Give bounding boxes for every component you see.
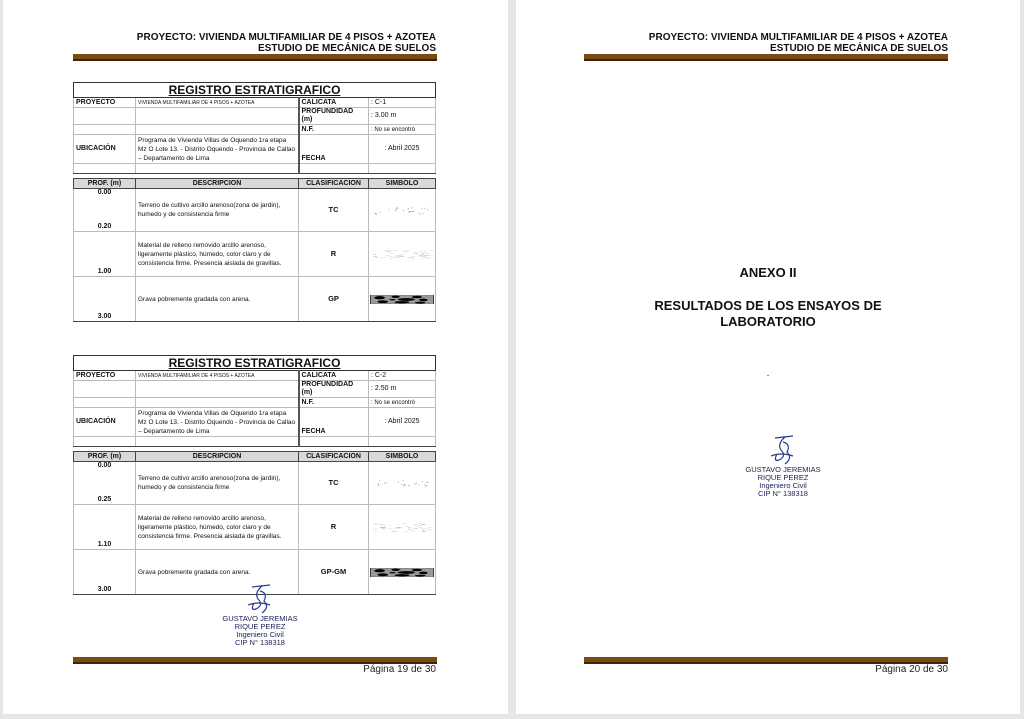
registro-estratigrafico-c2: REGISTRO ESTRATIGRAFICO PROYECTO VIVIEND… [73, 355, 435, 595]
calicata-value: : C-1 [369, 98, 436, 108]
layer-classification: TC [299, 189, 369, 232]
layer-classification: R [299, 232, 369, 277]
gravel-symbol-icon [369, 277, 436, 322]
layer-description: Grava pobremente gradada con arena. [136, 277, 299, 322]
header-study: ESTUDIO DE MECÁNICA DE SUELOS [137, 43, 436, 54]
page-number: Página 20 de 30 [875, 664, 948, 675]
col-prof: PROF. (m) [74, 452, 136, 462]
profundidad-label: PROFUNDIDAD (m) [299, 108, 369, 125]
header-rule [73, 54, 437, 61]
signature-cip: CIP N° 138318 [215, 639, 305, 647]
layer-description: Material de relleno removido arcillo are… [136, 232, 299, 277]
nf-label: N.F. [299, 398, 369, 408]
col-descripcion: DESCRIPCION [136, 179, 299, 189]
fecha-label: FECHA [299, 135, 369, 164]
nf-value: : No se encontró [369, 125, 436, 135]
layer-row: 1.10 Material de relleno removido arcill… [74, 505, 436, 550]
layer-top-depth: 0.00 [74, 189, 135, 197]
annex-subtitle-line1: RESULTADOS DE LOS ENSAYOS DE [516, 298, 1020, 314]
proyecto-label: PROYECTO [74, 371, 136, 381]
document-page-19: PROYECTO: VIVIENDA MULTIFAMILIAR DE 4 PI… [3, 0, 508, 714]
layer-row: 0.00 0.25 Terreno de cultivo arcillo are… [74, 462, 436, 505]
layer-classification: R [299, 505, 369, 550]
layer-top-depth: 0.00 [74, 462, 135, 470]
col-clasificacion: CLASIFICACION [299, 179, 369, 189]
layer-classification: TC [299, 462, 369, 505]
profundidad-label: PROFUNDIDAD (m) [299, 381, 369, 398]
calicata-label: CALICATA [299, 98, 369, 108]
fecha-value: : Abril 2025 [369, 408, 436, 437]
signature-cip: CIP N° 138318 [738, 490, 828, 498]
annex-subtitle-line2: LABORATORIO [516, 314, 1020, 330]
fill-symbol-icon [369, 505, 436, 550]
nf-label: N.F. [299, 125, 369, 135]
footer-rule [584, 657, 948, 664]
page-header: PROYECTO: VIVIENDA MULTIFAMILIAR DE 4 PI… [649, 32, 948, 54]
ubicacion-value: Programa de Vivienda Villas de Oquendo 1… [136, 135, 299, 164]
layer-bottom-depth: 1.00 [74, 268, 135, 276]
page-number: Página 19 de 30 [363, 664, 436, 675]
layer-description: Terreno de cultivo arcillo arenoso(zona … [136, 462, 299, 505]
engineer-signature: GUSTAVO JEREMIAS RIQUE PEREZ Ingeniero C… [215, 583, 305, 647]
layer-description: Material de relleno removido arcillo are… [136, 505, 299, 550]
layer-bottom-depth: 3.00 [74, 586, 135, 594]
fill-symbol-icon [369, 232, 436, 277]
layer-classification: GP-GM [299, 550, 369, 595]
stray-dot: . [516, 368, 1020, 379]
profundidad-value: : 3.00 m [369, 108, 436, 125]
layer-bottom-depth: 0.25 [74, 496, 135, 504]
fecha-value: : Abril 2025 [369, 135, 436, 164]
profundidad-value: : 2.50 m [369, 381, 436, 398]
nf-value: : No se encontró [369, 398, 436, 408]
proyecto-label: PROYECTO [74, 98, 136, 108]
header-project: PROYECTO: VIVIENDA MULTIFAMILIAR DE 4 PI… [649, 32, 948, 43]
layer-classification: GP [299, 277, 369, 322]
header-rule [584, 54, 948, 61]
header-study: ESTUDIO DE MECÁNICA DE SUELOS [649, 43, 948, 54]
gravel-symbol-icon [369, 550, 436, 595]
ubicacion-label: UBICACIÓN [74, 135, 136, 164]
annex-title: ANEXO II [516, 265, 1020, 280]
layer-row: 3.00 Grava pobremente gradada con arena.… [74, 277, 436, 322]
proyecto-value: VIVIENDA MULTIFAMILIAR DE 4 PISOS + AZOT… [136, 371, 299, 381]
col-prof: PROF. (m) [74, 179, 136, 189]
topsoil-symbol-icon [369, 189, 436, 232]
layer-description: Terreno de cultivo arcillo arenoso(zona … [136, 189, 299, 232]
layer-bottom-depth: 0.20 [74, 223, 135, 231]
layer-row: 0.00 0.20 Terreno de cultivo arcillo are… [74, 189, 436, 232]
registro-title: REGISTRO ESTRATIGRAFICO [74, 356, 436, 371]
calicata-label: CALICATA [299, 371, 369, 381]
engineer-signature: GUSTAVO JEREMIAS RIQUE PEREZ Ingeniero C… [738, 434, 828, 498]
fecha-label: FECHA [299, 408, 369, 437]
header-project: PROYECTO: VIVIENDA MULTIFAMILIAR DE 4 PI… [137, 32, 436, 43]
registro-title: REGISTRO ESTRATIGRAFICO [74, 83, 436, 98]
layer-bottom-depth: 3.00 [74, 313, 135, 321]
col-descripcion: DESCRIPCION [136, 452, 299, 462]
topsoil-symbol-icon [369, 462, 436, 505]
footer-rule [73, 657, 437, 664]
col-simbolo: SIMBOLO [369, 179, 436, 189]
signature-scribble-icon [763, 434, 803, 466]
ubicacion-label: UBICACIÓN [74, 408, 136, 437]
signature-scribble-icon [240, 583, 280, 615]
registro-estratigrafico-c1: REGISTRO ESTRATIGRAFICO PROYECTO VIVIEND… [73, 82, 435, 322]
col-simbolo: SIMBOLO [369, 452, 436, 462]
col-clasificacion: CLASIFICACION [299, 452, 369, 462]
annex-subtitle: RESULTADOS DE LOS ENSAYOS DE LABORATORIO [516, 298, 1020, 330]
proyecto-value: VIVIENDA MULTIFAMILIAR DE 4 PISOS + AZOT… [136, 98, 299, 108]
document-page-20: PROYECTO: VIVIENDA MULTIFAMILIAR DE 4 PI… [516, 0, 1020, 714]
page-header: PROYECTO: VIVIENDA MULTIFAMILIAR DE 4 PI… [137, 32, 436, 54]
calicata-value: : C-2 [369, 371, 436, 381]
layer-bottom-depth: 1.10 [74, 541, 135, 549]
ubicacion-value: Programa de Vivienda Villas de Oquendo 1… [136, 408, 299, 437]
layer-row: 1.00 Material de relleno removido arcill… [74, 232, 436, 277]
